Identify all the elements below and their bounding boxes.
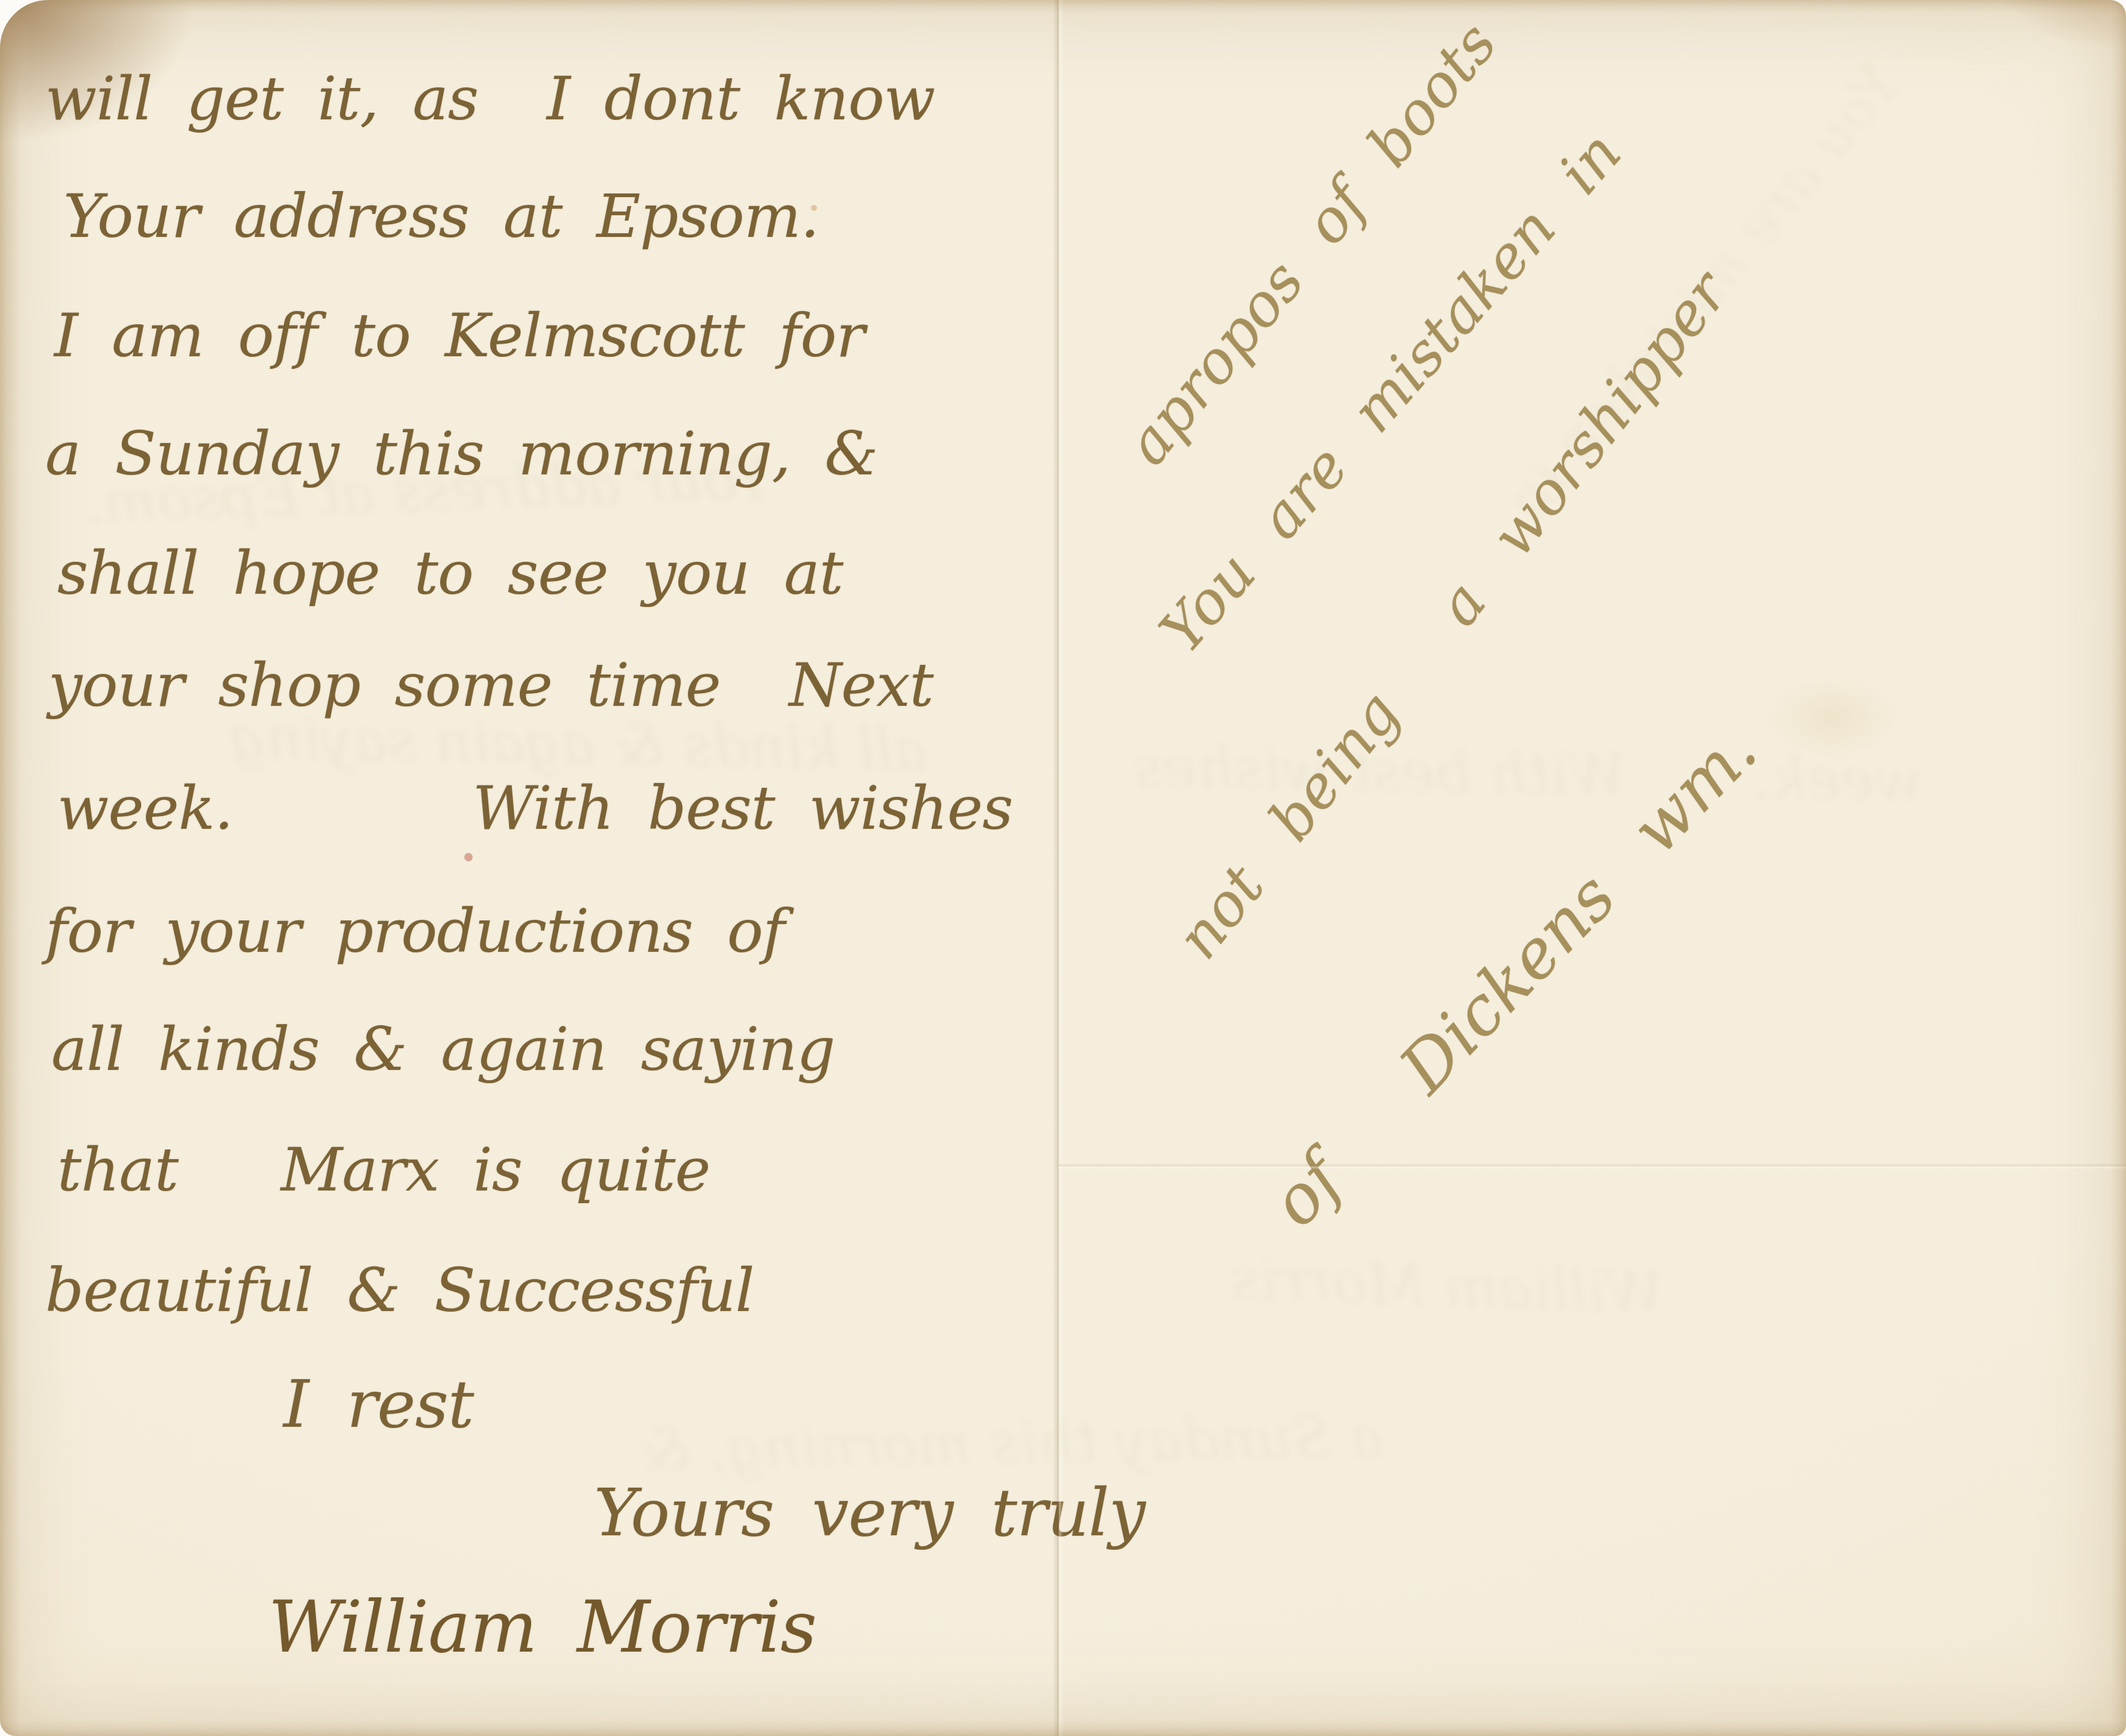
closing-line: I rest <box>283 1367 473 1442</box>
letter-line: Your address at Epsom. <box>63 181 819 251</box>
letter-line: that Marx is quite <box>57 1134 710 1205</box>
letter-line: your shop some time Next <box>48 650 933 720</box>
letter-line: week. With best wishes <box>57 773 1013 843</box>
letter-photograph: Your address at Epsom. all kinds & again… <box>0 0 2126 1736</box>
signature: William Morris <box>268 1585 816 1668</box>
ink-showthrough: week. With best wishes <box>1133 735 1923 815</box>
letter-line: will get it, as I dont know <box>45 63 935 134</box>
ink-showthrough: a Sunday this morning, & <box>639 1404 1384 1483</box>
letter-line: for your productions of <box>45 896 784 966</box>
center-fold-crease <box>1053 0 1064 1736</box>
letter-line: a Sunday this morning, & <box>45 418 878 489</box>
horizontal-crease <box>1058 1163 2126 1169</box>
letter-line: shall hope to see you at <box>57 538 843 608</box>
letter-line: all kinds & again saying <box>51 1014 835 1084</box>
letter-line: I am off to Kelmscott for <box>54 300 864 371</box>
letter-line: beautiful & Successful <box>45 1255 754 1326</box>
